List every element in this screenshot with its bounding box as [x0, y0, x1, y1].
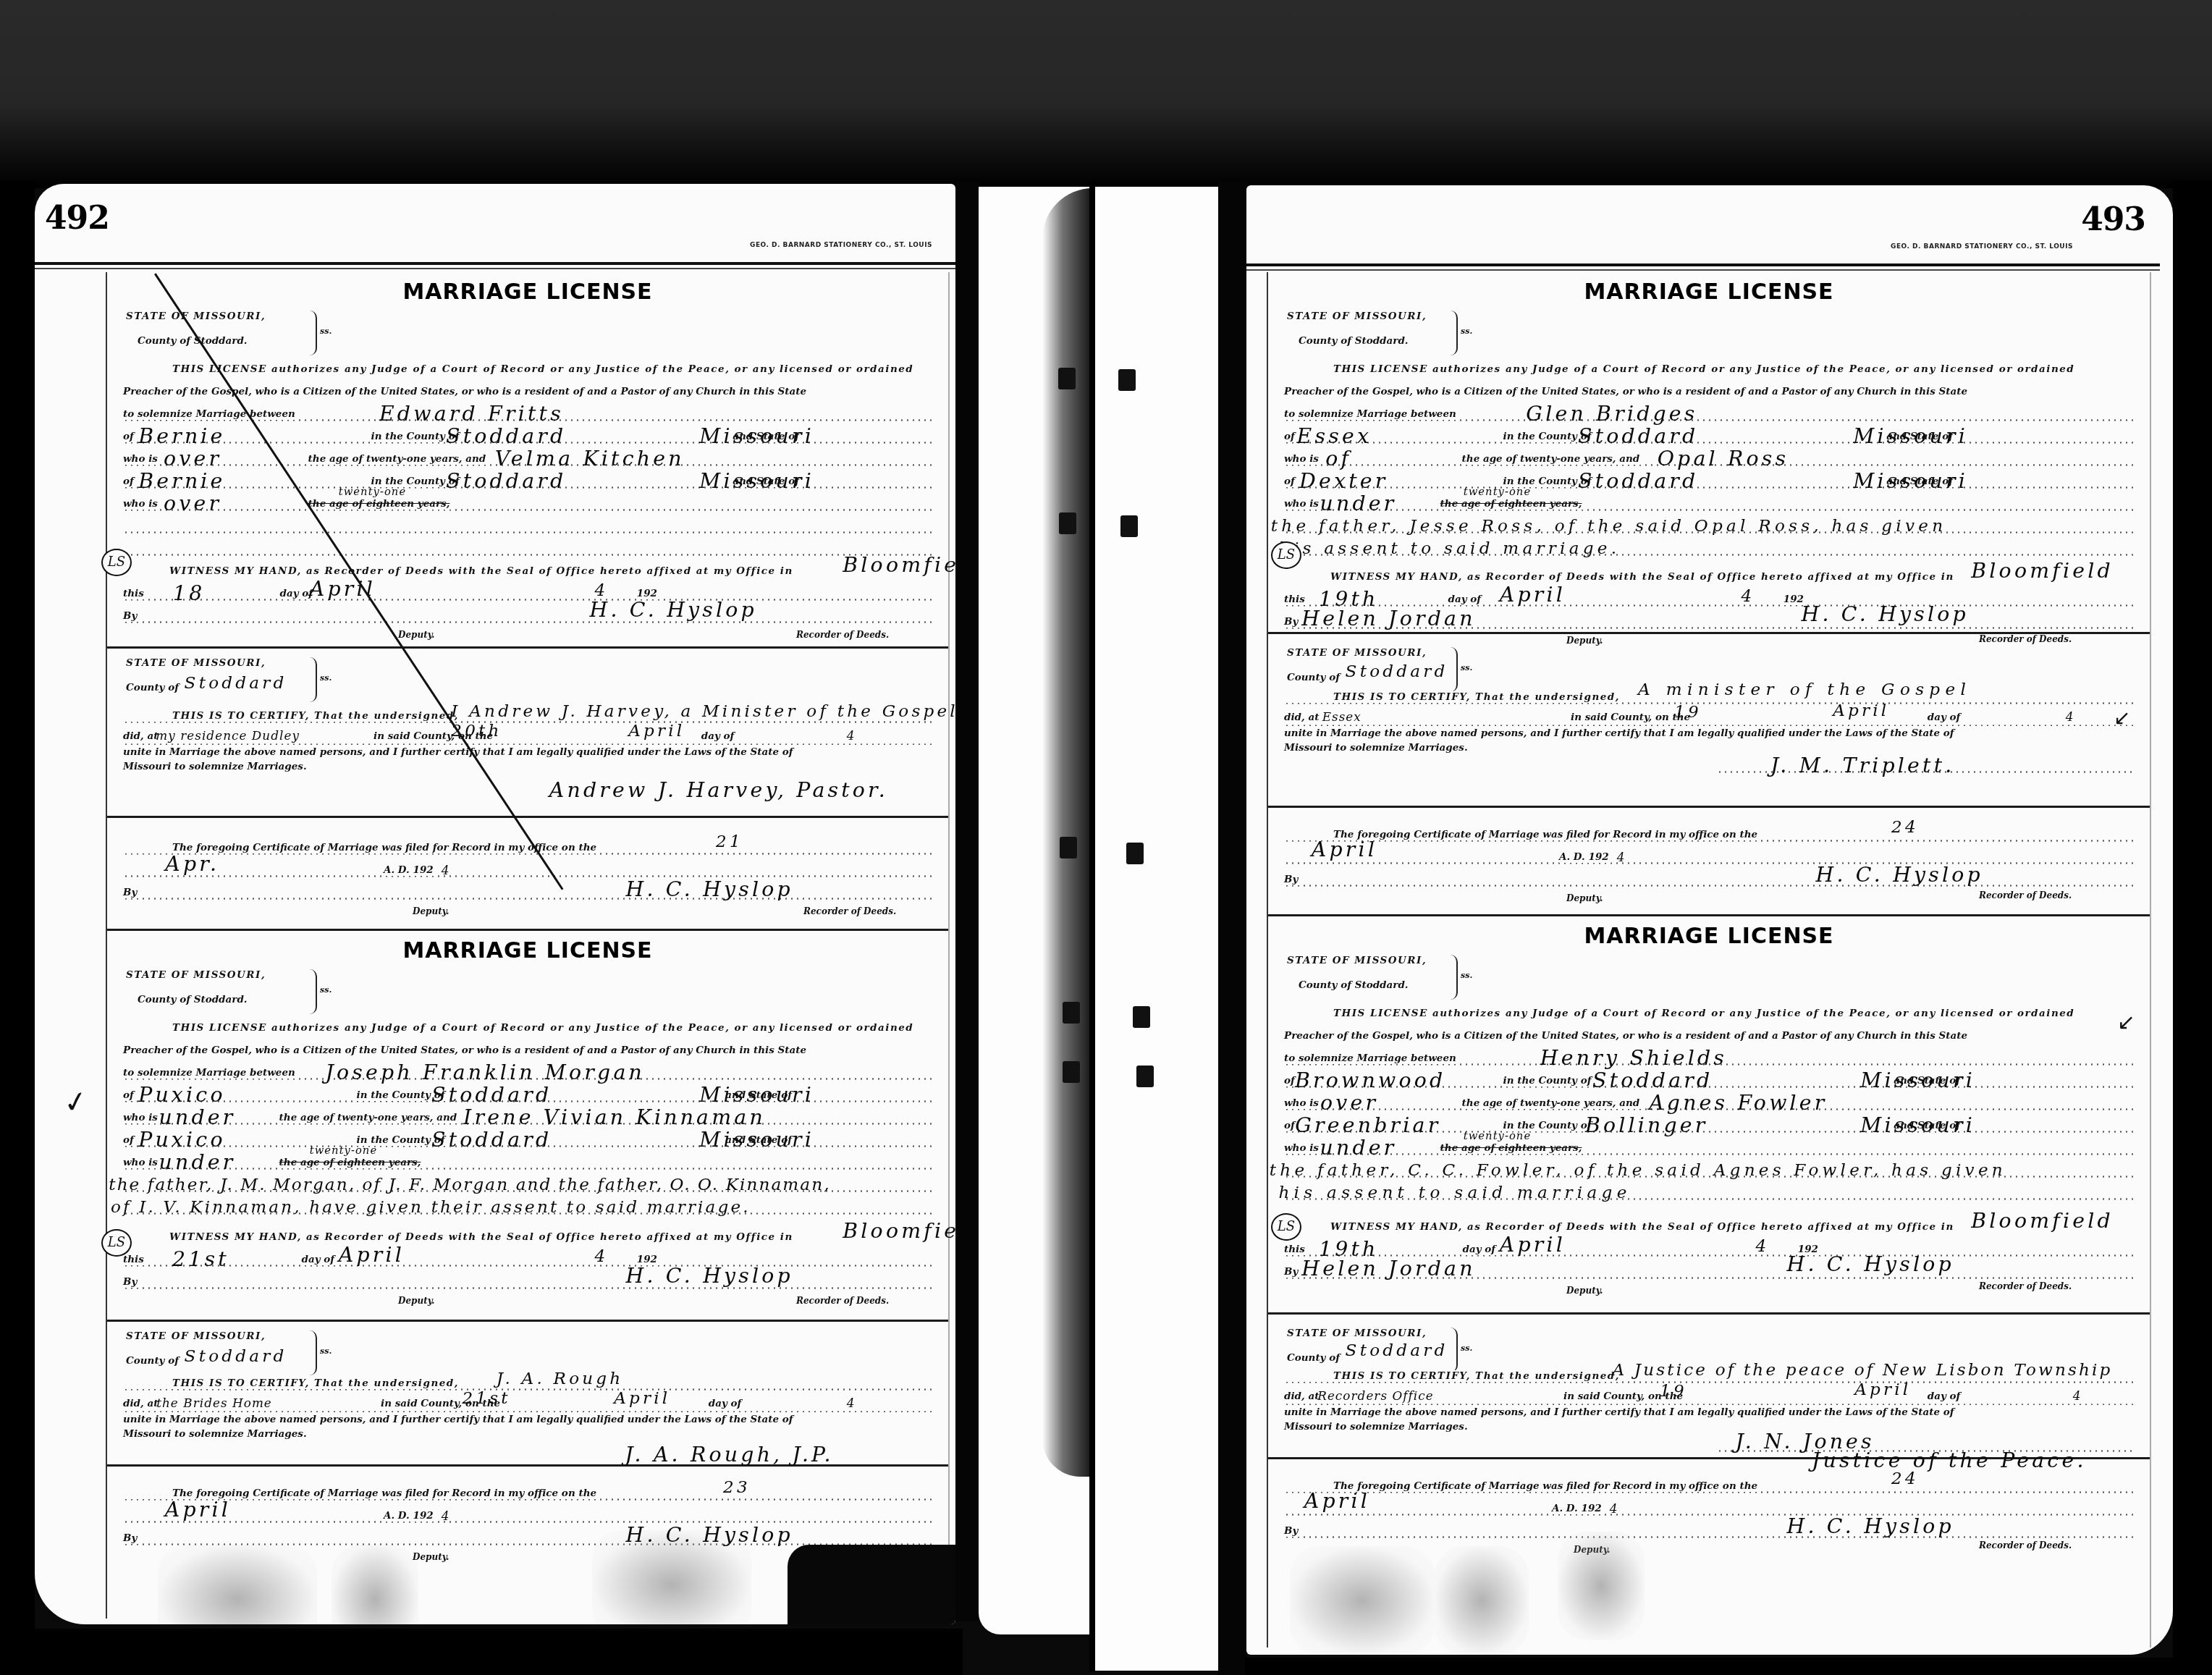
issued-month: April: [1500, 1234, 1566, 1257]
certificate-block: STATE OF MISSOURI, County of Stoddard ss…: [1268, 634, 2150, 808]
filed-month-line: April A. D. 192 4: [123, 1505, 932, 1527]
page-number: 493: [2081, 201, 2145, 238]
recorder-signature: H. C. Hyslop: [1815, 864, 1983, 887]
ceremony-date-line: did, at my residence Dudley in said Coun…: [123, 727, 932, 745]
seal-ls: LS: [101, 549, 132, 576]
issued-month: April: [1500, 584, 1566, 607]
header-rule: [1246, 263, 2160, 271]
groom-age-qualifier: under: [159, 1107, 235, 1129]
groom-name: Glen Bridges: [1526, 403, 1697, 426]
groom-state: Missouri: [699, 426, 814, 448]
filed-month: April: [1312, 839, 1377, 861]
bride-age-qualifier: under: [159, 1152, 235, 1174]
officiant: J. A. Rough: [497, 1368, 624, 1391]
bride-age-qualifier: over: [164, 493, 221, 515]
recorder-signature: H. C. Hyslop: [1786, 1254, 1954, 1276]
recorder-signature: H. C. Hyslop: [625, 1524, 793, 1547]
bride-residence: Dexter: [1299, 471, 1388, 493]
officiant-line: THIS IS TO CERTIFY, That the undersigned…: [123, 705, 932, 727]
ceremony-place: Recorders Office: [1317, 1388, 1434, 1405]
filed-month-line: April A. D. 192 4: [1284, 846, 2134, 869]
venue-caption: STATE OF MISSOURI, County of Stoddard. s…: [123, 311, 948, 358]
groom-name: Henry Shields: [1540, 1047, 1727, 1070]
consent-line-1: the father, C. C. Fowler, of the said Ag…: [1284, 1160, 2134, 1182]
ceremony-date-line: did, at the Brides Home in said County, …: [123, 1395, 932, 1412]
officiant: A Justice of the peace of New Lisbon Tow…: [1613, 1359, 2113, 1382]
smudge: [1290, 1546, 1435, 1655]
binding-stub: [1095, 187, 1218, 1671]
scanner-background-left: [0, 181, 35, 1675]
groom-residence: Brownwood: [1295, 1070, 1445, 1092]
binding-hole: [1059, 512, 1076, 534]
filed-signature-line: By H. C. Hyslop Deputy. Recorder of Deed…: [1284, 869, 2134, 905]
officiant-signature-line: J. N. Jones Justice of the Peace.: [1717, 1434, 2134, 1456]
smudge: [1558, 1532, 1645, 1640]
printer-imprint: GEO. D. BARNARD STATIONERY CO., ST. LOUI…: [750, 242, 932, 249]
groom-county: Stoddard: [446, 426, 566, 448]
binding-hole: [1118, 369, 1136, 391]
consent-line-1: the father, J. M. Morgan, of J. F. Morga…: [123, 1174, 932, 1197]
groom-county: Stoddard: [1592, 1070, 1713, 1092]
issued-date-line: this 18 day of April 192 4: [123, 583, 932, 605]
bride-county: Bollinger: [1585, 1115, 1708, 1137]
certificate-block: STATE OF MISSOURI, County of Stoddard ss…: [107, 649, 948, 818]
ledger-page-right: 493 GEO. D. BARNARD STATIONERY CO., ST. …: [1246, 185, 2173, 1655]
office-city: Bloomfield: [1971, 560, 2113, 583]
ceremony-month: April: [614, 1391, 670, 1408]
form-title: MARRIAGE LICENSE: [107, 272, 948, 305]
office-city: Bloomfield: [843, 1220, 955, 1243]
bride-residence-line: of Puxico in the County of Stoddard and …: [123, 1129, 932, 1152]
certificate-block: STATE OF MISSOURI, County of Stoddard ss…: [1268, 1315, 2150, 1459]
groom-residence: Bernie: [138, 426, 225, 448]
venue-caption: STATE OF MISSOURI, County of Stoddard ss…: [123, 657, 948, 705]
consent-line-2: his assent to said marriage.: [1284, 538, 2134, 560]
license-block: MARRIAGE LICENSE STATE OF MISSOURI, Coun…: [107, 931, 948, 1322]
groom-residence-line: of Bernie in the County of Stoddard and …: [123, 426, 932, 448]
license-block: MARRIAGE LICENSE STATE OF MISSOURI, Coun…: [107, 272, 948, 649]
bride-age-line: who is under the age of eighteen years, …: [1284, 493, 2134, 515]
groom-state: Missouri: [699, 1084, 814, 1107]
issued-month: April: [339, 1244, 405, 1267]
groom-county: Stoddard: [431, 1084, 552, 1107]
filed-day: 24: [1891, 1468, 1919, 1490]
recorder-signature: H. C. Hyslop: [1786, 1516, 1954, 1538]
tick-mark: ↙: [2114, 706, 2130, 730]
filed-date-line: The foregoing Certificate of Marriage wa…: [123, 1482, 932, 1505]
officiant-title: Justice of the Peace.: [1812, 1450, 2087, 1472]
bride-residence-line: of Bernie in the County of Stoddard and …: [123, 471, 932, 493]
scanner-background-right: [2173, 181, 2212, 1675]
bride-age-qualifier: under: [1320, 493, 1396, 515]
bride-county: Stoddard: [446, 471, 566, 493]
ss-label: ss.: [320, 326, 332, 336]
filed-month: April: [1304, 1490, 1370, 1513]
filed-date-line: The foregoing Certificate of Marriage wa…: [1284, 1475, 2134, 1498]
groom-age-line: who is over the age of twenty-one years,…: [123, 448, 932, 471]
deputy-recorder-line: By H. C. Hyslop Deputy. Recorder of Deed…: [123, 1271, 932, 1306]
ceremony-day: 19: [1660, 1383, 1687, 1401]
deputy-signature: Helen Jordan: [1301, 608, 1475, 630]
groom-residence: Essex: [1297, 426, 1372, 448]
bride-county: Stoddard: [431, 1129, 552, 1152]
ceremony-month: April: [628, 723, 685, 741]
issued-date-line: this 21st day of April 192 4: [123, 1249, 932, 1271]
header-rule: [35, 262, 955, 269]
officiant-signature: Andrew J. Harvey, Pastor.: [549, 780, 888, 802]
issued-day: 18: [173, 583, 205, 605]
form-frame: MARRIAGE LICENSE STATE OF MISSOURI, Coun…: [106, 272, 950, 1619]
recorder-signature: H. C. Hyslop: [1801, 604, 1968, 626]
form-frame: MARRIAGE LICENSE STATE OF MISSOURI, Coun…: [1267, 272, 2151, 1647]
groom-age-qualifier: over: [1320, 1092, 1378, 1115]
witness-line: WITNESS MY HAND, as Recorder of Deeds wi…: [169, 560, 932, 583]
state-label: STATE OF MISSOURI,: [126, 311, 266, 322]
bride-state: Missouri: [699, 1129, 814, 1152]
bride-residence: Bernie: [138, 471, 225, 493]
certify-clause-3: unite in Marriage the above named person…: [123, 745, 932, 759]
bride-name: Agnes Fowler: [1649, 1092, 1827, 1115]
groom-residence-line: of Puxico in the County of Stoddard and …: [123, 1084, 932, 1107]
scanner-background: [0, 0, 2212, 188]
filed-signature-line: By H. C. Hyslop Deputy. Recorder of Deed…: [123, 882, 932, 918]
scanner-background-bottom: [0, 1629, 963, 1675]
groom-name-line: to solemnize Marriage between Henry Shie…: [1284, 1047, 2134, 1070]
groom-state: Missouri: [1853, 426, 1968, 448]
issued-day: 21st: [172, 1249, 229, 1271]
ceremony-place: the Brides Home: [156, 1395, 272, 1412]
filed-day: 23: [723, 1477, 751, 1499]
venue-caption: STATE OF MISSOURI, County of Stoddard. s…: [123, 969, 948, 1017]
filed-month-line: Apr. A. D. 192 4: [123, 859, 932, 882]
groom-name-line: to solemnize Marriage between Joseph Fra…: [123, 1062, 932, 1084]
bride-age-line: who is under the age of eighteen years, …: [123, 1152, 932, 1174]
consent-line-2: his assent to said marriage: [1284, 1182, 2134, 1204]
officiant-signature-line: Andrew J. Harvey, Pastor.: [123, 774, 932, 806]
groom-name: Edward Fritts: [379, 403, 564, 426]
consent-line-2: of I. V. Kinnaman, have given their asse…: [123, 1197, 932, 1219]
printer-imprint: GEO. D. BARNARD STATIONERY CO., ST. LOUI…: [1891, 243, 2073, 250]
deputy-recorder-line: By H. C. Hyslop Deputy. Recorder of Deed…: [123, 605, 932, 640]
bride-name: Irene Vivian Kinnaman: [463, 1107, 766, 1129]
certify-clause-4: Missouri to solemnize Marriages.: [123, 759, 932, 774]
deputy-signature: Helen Jordan: [1301, 1258, 1475, 1280]
cert-county: Stoddard: [1346, 663, 1448, 681]
binding-hole: [1058, 368, 1076, 389]
filed-month-line: April A. D. 192 4: [1284, 1498, 2134, 1520]
bride-age-line: who is under the age of eighteen years, …: [1284, 1137, 2134, 1160]
bride-residence-line: of Dexter in the County of Stoddard and …: [1284, 471, 2134, 493]
county-label: County of Stoddard.: [138, 335, 248, 347]
cert-county: Stoddard: [1346, 1342, 1448, 1360]
groom-residence-line: of Essex in the County of Stoddard and S…: [1284, 426, 2134, 448]
filing-block: The foregoing Certificate of Marriage wa…: [1268, 808, 2150, 916]
officiant-line: THIS IS TO CERTIFY, That the undersigned…: [1284, 1365, 2134, 1388]
groom-residence: Puxico: [138, 1084, 226, 1107]
bride-name: Velma Kitchen: [495, 448, 685, 471]
recorder-signature: H. C. Hyslop: [589, 599, 756, 622]
binding-gutter: [955, 181, 979, 1621]
ceremony-day: 21st: [462, 1391, 510, 1408]
scan-dark-corner: [788, 1545, 955, 1624]
binding-edge: [1089, 181, 1095, 1672]
filed-month: Apr.: [165, 853, 219, 876]
groom-age-line: who is over the age of twenty-one years,…: [1284, 1092, 2134, 1115]
seal-ls: LS: [1271, 541, 1301, 569]
license-block: MARRIAGE LICENSE STATE OF MISSOURI, Coun…: [1268, 272, 2150, 634]
binding-hole: [1136, 1066, 1154, 1087]
deputy-recorder-line: By Helen Jordan H. C. Hyslop Deputy. Rec…: [1284, 1261, 2134, 1296]
tick-mark: ↙: [2117, 1010, 2135, 1035]
binding-gutter: [1218, 181, 1247, 1675]
officiant-signature: J. M. Triplett.: [1770, 755, 1955, 777]
ceremony-date-line: did, at Essex in said County, on the 19 …: [1284, 709, 2134, 726]
office-city: Bloomfield: [1971, 1210, 2113, 1233]
bride-county: Stoddard: [1578, 471, 1698, 493]
groom-name-line: to solemnize Marriage between Glen Bridg…: [1284, 403, 2134, 426]
witness-line: WITNESS MY HAND, as Recorder of Deeds wi…: [1330, 566, 2134, 588]
ceremony-day: 19: [1674, 704, 1702, 722]
consent-line-2: [123, 538, 932, 560]
bride-state: Missouri: [699, 471, 814, 493]
consent-line-1: [123, 515, 932, 538]
binding-hole: [1120, 515, 1138, 537]
consent-line-1: the father, Jesse Ross, of the said Opal…: [1284, 515, 2134, 538]
officiant-line: THIS IS TO CERTIFY, That the undersigned…: [1284, 686, 2134, 709]
binding-hole: [1063, 1061, 1080, 1083]
bride-residence-line: of Greenbriar in the County of Bollinger…: [1284, 1115, 2134, 1137]
smudge: [1435, 1546, 1529, 1655]
ceremony-date-line: did, at Recorders Office in said County,…: [1284, 1388, 2134, 1405]
page-number: 492: [45, 200, 109, 237]
groom-age-line: who is of the age of twenty-one years, a…: [1284, 448, 2134, 471]
scanner-background-bottom: [1245, 1658, 2212, 1675]
ceremony-place: Essex: [1322, 709, 1362, 726]
filed-date-line: The foregoing Certificate of Marriage wa…: [1284, 824, 2134, 846]
bride-residence: Puxico: [138, 1129, 226, 1152]
ceremony-month: April: [1833, 703, 1889, 720]
cert-county: Stoddard: [185, 675, 287, 693]
witness-line: WITNESS MY HAND, as Recorder of Deeds wi…: [1330, 1216, 2134, 1239]
certificate-block: STATE OF MISSOURI, County of Stoddard ss…: [107, 1322, 948, 1467]
binding-hole: [1126, 843, 1144, 864]
recorder-signature: H. C. Hyslop: [625, 1265, 793, 1288]
groom-county: Stoddard: [1578, 426, 1698, 448]
groom-age-qualifier: over: [164, 448, 221, 471]
binding-hole: [1133, 1006, 1150, 1028]
officiant: I Andrew J. Harvey, a Minister of the Go…: [451, 701, 955, 723]
filed-day: 24: [1891, 817, 1919, 839]
bride-name: Opal Ross: [1658, 448, 1789, 471]
groom-residence-line: of Brownwood in the County of Stoddard a…: [1284, 1070, 2134, 1092]
smudge: [158, 1545, 317, 1624]
license-block: MARRIAGE LICENSE STATE OF MISSOURI, Coun…: [1268, 916, 2150, 1315]
age-correction: twenty-one: [339, 481, 406, 504]
bride-state: Missouri: [1853, 471, 1968, 493]
seal-ls: LS: [1271, 1213, 1301, 1241]
ceremony-month: April: [1854, 1382, 1911, 1399]
groom-name: Joseph Franklin Morgan: [325, 1062, 645, 1084]
bride-state: Missouri: [1860, 1115, 1975, 1137]
officiant-line: THIS IS TO CERTIFY, That the undersigned…: [123, 1372, 932, 1395]
groom-age-line: who is under the age of twenty-one years…: [123, 1107, 932, 1129]
filed-month: April: [165, 1499, 231, 1522]
binding-hole: [1063, 1002, 1080, 1024]
ceremony-place: my residence Dudley: [156, 727, 300, 745]
seal-ls: LS: [101, 1229, 132, 1257]
ledger-page-left: 492 GEO. D. BARNARD STATIONERY CO., ST. …: [35, 184, 955, 1624]
bride-age-qualifier: under: [1320, 1137, 1396, 1160]
groom-age-qualifier: of: [1325, 448, 1351, 471]
officiant: A minister of the Gospel: [1638, 679, 1971, 701]
binding-hole: [1060, 837, 1077, 858]
recorder-signature: H. C. Hyslop: [625, 879, 793, 901]
smudge: [332, 1545, 418, 1624]
officiant-signature: J. A. Rough, J.P.: [625, 1444, 834, 1467]
filed-date-line: The foregoing Certificate of Marriage wa…: [123, 837, 932, 859]
bride-age-line: who is over the age of eighteen years, t…: [123, 493, 932, 515]
cert-county: Stoddard: [185, 1348, 287, 1366]
license-clause-2: Preacher of the Gospel, who is a Citizen…: [123, 381, 932, 403]
bride-residence: Greenbriar: [1295, 1115, 1440, 1137]
brace: [310, 311, 317, 355]
license-clause-1: THIS LICENSE authorizes any Judge of a C…: [123, 358, 932, 381]
groom-state: Missouri: [1860, 1070, 1975, 1092]
officiant-signature-line: J. A. Rough, J.P.: [123, 1441, 932, 1470]
filed-day: 21: [716, 831, 743, 853]
officiant-signature-line: J. M. Triplett.: [1717, 755, 2134, 784]
office-city: Bloomfield: [843, 554, 955, 577]
witness-line: WITNESS MY HAND, as Recorder of Deeds wi…: [169, 1226, 932, 1249]
